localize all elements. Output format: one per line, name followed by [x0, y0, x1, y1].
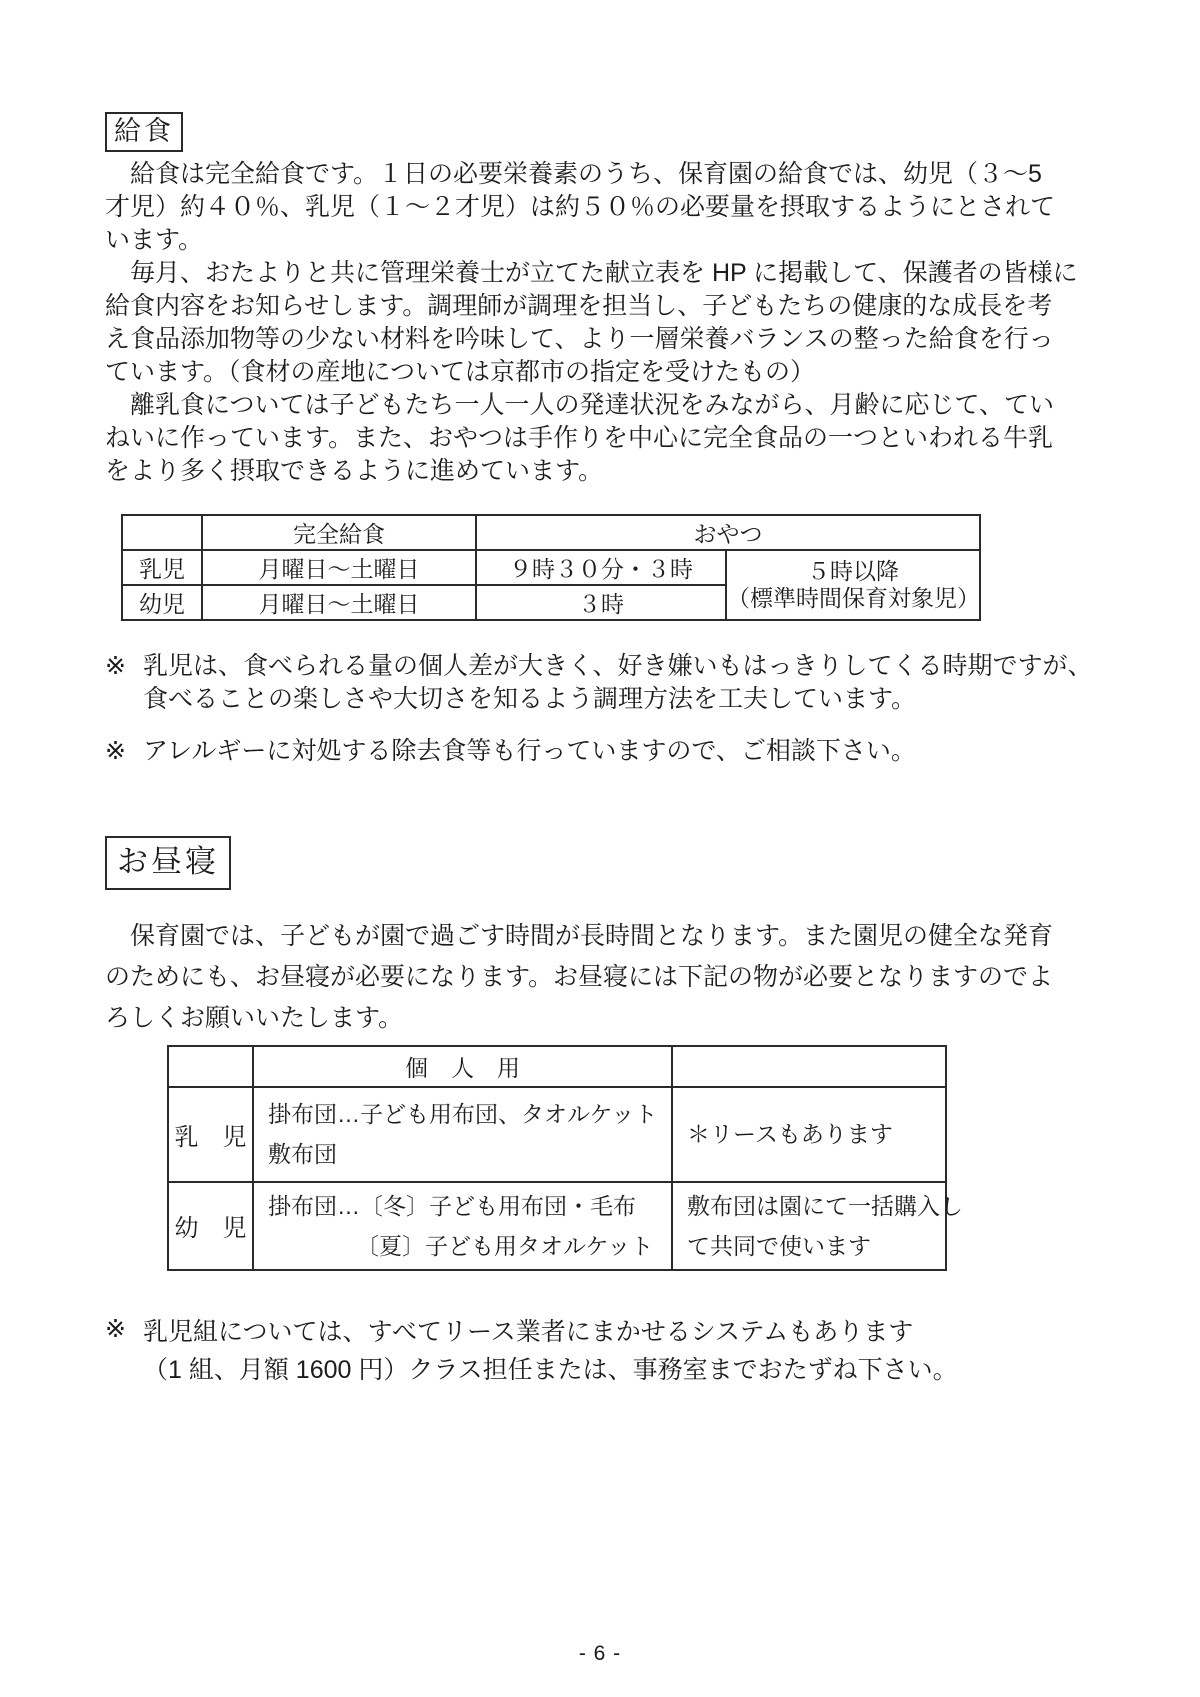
paragraph-line: 離乳食については子どもたち一人一人の発達状況をみながら、月齢に応じて、てい	[105, 389, 1135, 422]
paragraph-line: います。	[105, 224, 1135, 257]
late-snack-note: （標準時間保育対象児）	[727, 585, 979, 612]
late-snack-cell: ５時以降 （標準時間保育対象児）	[726, 550, 980, 620]
paragraph-line: 給食内容をお知らせします。調理師が調理を担当し、子どもたちの健康的な成長を考	[105, 290, 1135, 323]
lease-note-line: ＊リースもあります	[687, 1114, 945, 1154]
note-line: （1 組、月額 1600 円）クラス担任または、事務室までおたずね下さい。	[143, 1351, 958, 1389]
bedding-item-line: 掛布団…〔冬〕子ども用布団・毛布	[268, 1186, 671, 1226]
paragraph-line: え食品添加物等の少ない材料を吟味して、より一層栄養バランスの整った給食を行っ	[105, 323, 1135, 356]
bedding-item-line: 敷布団	[268, 1134, 671, 1174]
empty-header-cell	[122, 515, 202, 550]
row-label: 幼児	[122, 585, 202, 620]
nap-items-table: 個 人 用 乳 児 掛布団…子ども用布団、タオルケット 敷布団 ＊リースもありま…	[167, 1045, 947, 1271]
bedding-items: 掛布団…子ども用布団、タオルケット 敷布団	[253, 1087, 672, 1182]
shared-futon-line: 敷布団は園にて一括購入し	[687, 1186, 945, 1226]
note-line: アレルギーに対処する除去食等も行っていますので、ご相談下さい。	[143, 735, 916, 768]
note-text: 乳児組については、すべてリース業者にまかせるシステムもあります （1 組、月額 …	[143, 1313, 958, 1389]
kyushoku-paragraph-1: 給食は完全給食です。１日の必要栄養素のうち、保育園の給食では、幼児（３〜5 才児…	[105, 158, 1135, 257]
page-number: - 6 -	[0, 1642, 1200, 1666]
snack-time: ９時３０分・３時	[476, 550, 726, 585]
bedding-item-line: 掛布団…子ども用布団、タオルケット	[268, 1094, 671, 1134]
document-page: 給食 給食は完全給食です。１日の必要栄養素のうち、保育園の給食では、幼児（３〜5…	[0, 0, 1200, 1697]
note-text: アレルギーに対処する除去食等も行っていますので、ご相談下さい。	[143, 735, 916, 768]
paragraph-line: 給食は完全給食です。１日の必要栄養素のうち、保育園の給食では、幼児（３〜5	[105, 158, 1135, 191]
note-marker: ※	[105, 735, 143, 768]
note-marker: ※	[105, 1313, 143, 1389]
paragraph-line: のためにも、お昼寝が必要になります。お昼寝には下記の物が必要となりますのでよ	[105, 957, 1135, 998]
note-allergy: ※ アレルギーに対処する除去食等も行っていますので、ご相談下さい。	[105, 735, 1135, 768]
note-line: 食べることの楽しさや大切さを知るよう調理方法を工夫しています。	[143, 683, 1093, 716]
header-snack: おやつ	[476, 515, 980, 550]
bedding-item-line: 〔夏〕子ども用タオルケット	[268, 1226, 671, 1266]
paragraph-line: 保育園では、子どもが園で過ごす時間が長時間となります。また園児の健全な発育	[105, 916, 1135, 957]
kyushoku-paragraph-3: 離乳食については子どもたち一人一人の発達状況をみながら、月齢に応じて、てい ねい…	[105, 389, 1135, 488]
table-header-row: 完全給食 おやつ	[122, 515, 980, 550]
paragraph-line: ろしくお願いいたします。	[105, 998, 1135, 1039]
header-personal-use: 個 人 用	[253, 1046, 672, 1087]
late-snack-time: ５時以降	[727, 558, 979, 585]
lease-note-cell: ＊リースもあります	[672, 1087, 946, 1182]
note-line: 乳児は、食べられる量の個人差が大きく、好き嫌いもはっきりしてくる時期ですが、	[143, 650, 1093, 683]
section-heading-ohirune: お昼寝	[105, 836, 231, 889]
empty-header-cell	[672, 1046, 946, 1087]
meal-schedule-table: 完全給食 おやつ 乳児 月曜日〜土曜日 ９時３０分・３時 ５時以降 （標準時間保…	[121, 514, 981, 621]
note-lease-system: ※ 乳児組については、すべてリース業者にまかせるシステムもあります （1 組、月…	[105, 1313, 1135, 1389]
note-line: 乳児組については、すべてリース業者にまかせるシステムもあります	[143, 1313, 958, 1351]
ohirune-paragraph: 保育園では、子どもが園で過ごす時間が長時間となります。また園児の健全な発育 のた…	[105, 916, 1135, 1039]
paragraph-line: ねいに作っています。また、おやつは手作りを中心に完全食品の一つといわれる牛乳	[105, 422, 1135, 455]
paragraph-line: ています。（食材の産地については京都市の指定を受けたもの）	[105, 356, 1135, 389]
paragraph-line: 才児）約４０％、乳児（１〜２才児）は約５０％の必要量を摂取するようにとされて	[105, 191, 1135, 224]
shared-futon-line: て共同で使います	[687, 1226, 945, 1266]
meal-days: 月曜日〜土曜日	[202, 550, 476, 585]
row-label: 幼 児	[168, 1182, 253, 1270]
header-complete-meal: 完全給食	[202, 515, 476, 550]
row-label: 乳児	[122, 550, 202, 585]
page-content: 給食 給食は完全給食です。１日の必要栄養素のうち、保育園の給食では、幼児（３〜5…	[105, 112, 1135, 1389]
note-text: 乳児は、食べられる量の個人差が大きく、好き嫌いもはっきりしてくる時期ですが、 食…	[143, 650, 1093, 716]
note-marker: ※	[105, 650, 143, 716]
snack-time: ３時	[476, 585, 726, 620]
ohirune-heading-wrap: お昼寝	[105, 836, 1135, 889]
row-label: 乳 児	[168, 1087, 253, 1182]
paragraph-line: 毎月、おたよりと共に管理栄養士が立てた献立表を HP に掲載して、保護者の皆様に	[105, 257, 1135, 290]
bedding-items: 掛布団…〔冬〕子ども用布団・毛布 〔夏〕子ども用タオルケット	[253, 1182, 672, 1270]
note-eating: ※ 乳児は、食べられる量の個人差が大きく、好き嫌いもはっきりしてくる時期ですが、…	[105, 650, 1135, 716]
table-header-row: 個 人 用	[168, 1046, 946, 1087]
meal-days: 月曜日〜土曜日	[202, 585, 476, 620]
section-heading-kyushoku: 給食	[105, 112, 183, 152]
paragraph-line: をより多く摂取できるように進めています。	[105, 455, 1135, 488]
kyushoku-paragraph-2: 毎月、おたよりと共に管理栄養士が立てた献立表を HP に掲載して、保護者の皆様に…	[105, 257, 1135, 389]
shared-futon-note-cell: 敷布団は園にて一括購入し て共同で使います	[672, 1182, 946, 1270]
table-row-yoji: 幼 児 掛布団…〔冬〕子ども用布団・毛布 〔夏〕子ども用タオルケット 敷布団は園…	[168, 1182, 946, 1270]
table-row-nyuji: 乳児 月曜日〜土曜日 ９時３０分・３時 ５時以降 （標準時間保育対象児）	[122, 550, 980, 585]
table-row-nyuji: 乳 児 掛布団…子ども用布団、タオルケット 敷布団 ＊リースもあります	[168, 1087, 946, 1182]
empty-header-cell	[168, 1046, 253, 1087]
